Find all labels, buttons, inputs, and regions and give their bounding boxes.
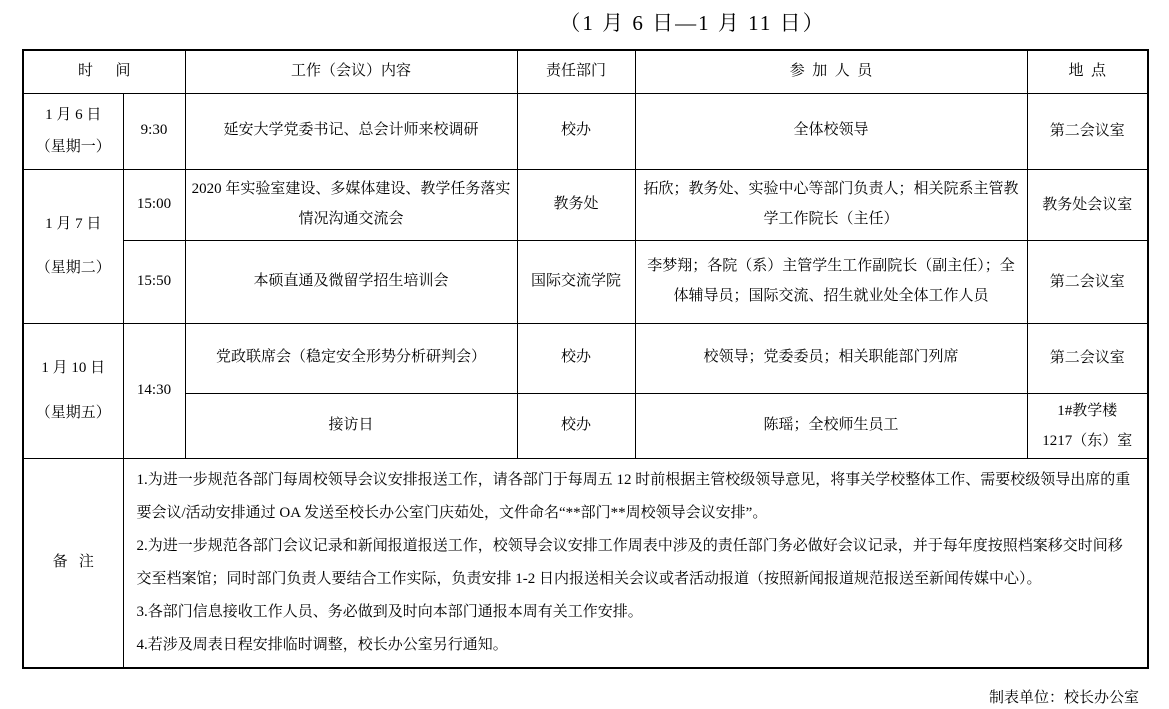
note-item-3: 3.各部门信息接收工作人员、务必做到及时向本部门通报本周有关工作安排。 [137, 596, 1138, 629]
date-cell: 1 月 7 日 （星期二） [23, 169, 123, 323]
note-item-1: 1.为进一步规范各部门每周校领导会议安排报送工作，请各部门于每周五 12 时前根… [137, 464, 1138, 530]
time-cell: 14:30 [123, 323, 185, 458]
content-cell: 接访日 [185, 393, 517, 458]
col-header-dept: 责任部门 [517, 50, 635, 93]
table-header-row: 时 间 工作（会议）内容 责任部门 参 加 人 员 地 点 [23, 50, 1148, 93]
location-cell: 第二会议室 [1027, 323, 1148, 393]
participants-cell: 校领导；党委委员；相关职能部门列席 [635, 323, 1027, 393]
col-header-participants: 参 加 人 员 [635, 50, 1027, 93]
content-cell: 党政联席会（稳定安全形势分析研判会） [185, 323, 517, 393]
table-row-jan7-b: 15:50 本硕直通及微留学招生培训会 国际交流学院 李梦翔；各院（系）主管学生… [23, 240, 1148, 323]
dept-cell: 校办 [517, 393, 635, 458]
notes-content: 1.为进一步规范各部门每周校领导会议安排报送工作，请各部门于每周五 12 时前根… [123, 458, 1148, 668]
schedule-table: 时 间 工作（会议）内容 责任部门 参 加 人 员 地 点 1 月 6 日 （星… [22, 49, 1149, 669]
location-cell: 教务处会议室 [1027, 169, 1148, 240]
col-header-content: 工作（会议）内容 [185, 50, 517, 93]
table-row-jan10-b: 接访日 校办 陈瑶；全校师生员工 1#教学楼 1217（东）室 [23, 393, 1148, 458]
date-cell: 1 月 6 日 （星期一） [23, 93, 123, 169]
location-cell: 1#教学楼 1217（东）室 [1027, 393, 1148, 458]
dept-cell: 校办 [517, 323, 635, 393]
col-header-location: 地 点 [1027, 50, 1148, 93]
dept-cell: 教务处 [517, 169, 635, 240]
dept-cell: 校办 [517, 93, 635, 169]
date-cell: 1 月 10 日 （星期五） [23, 323, 123, 458]
page-title: （1 月 6 日—1 月 11 日） [108, 7, 1169, 37]
col-header-time: 时 间 [23, 50, 185, 93]
location-cell: 第二会议室 [1027, 240, 1148, 323]
content-cell: 本硕直通及微留学招生培训会 [185, 240, 517, 323]
table-row-jan6: 1 月 6 日 （星期一） 9:30 延安大学党委书记、总会计师来校调研 校办 … [23, 93, 1148, 169]
participants-cell: 李梦翔；各院（系）主管学生工作副院长（副主任）；全体辅导员；国际交流、招生就业处… [635, 240, 1027, 323]
footer-issuer: 制表单位：校长办公室 [0, 686, 1169, 707]
notes-label: 备 注 [23, 458, 123, 668]
note-item-2: 2.为进一步规范各部门会议记录和新闻报道报送工作，校领导会议安排工作周表中涉及的… [137, 530, 1138, 596]
content-cell: 2020 年实验室建设、多媒体建设、教学任务落实情况沟通交流会 [185, 169, 517, 240]
content-cell: 延安大学党委书记、总会计师来校调研 [185, 93, 517, 169]
dept-cell: 国际交流学院 [517, 240, 635, 323]
participants-cell: 全体校领导 [635, 93, 1027, 169]
notes-row: 备 注 1.为进一步规范各部门每周校领导会议安排报送工作，请各部门于每周五 12… [23, 458, 1148, 668]
time-cell: 15:50 [123, 240, 185, 323]
participants-cell: 陈瑶；全校师生员工 [635, 393, 1027, 458]
table-row-jan10-a: 1 月 10 日 （星期五） 14:30 党政联席会（稳定安全形势分析研判会） … [23, 323, 1148, 393]
location-cell: 第二会议室 [1027, 93, 1148, 169]
note-item-4: 4.若涉及周表日程安排临时调整，校长办公室另行通知。 [137, 629, 1138, 662]
time-cell: 15:00 [123, 169, 185, 240]
table-row-jan7-a: 1 月 7 日 （星期二） 15:00 2020 年实验室建设、多媒体建设、教学… [23, 169, 1148, 240]
time-cell: 9:30 [123, 93, 185, 169]
participants-cell: 拓欣；教务处、实验中心等部门负责人；相关院系主管教学工作院长（主任） [635, 169, 1027, 240]
